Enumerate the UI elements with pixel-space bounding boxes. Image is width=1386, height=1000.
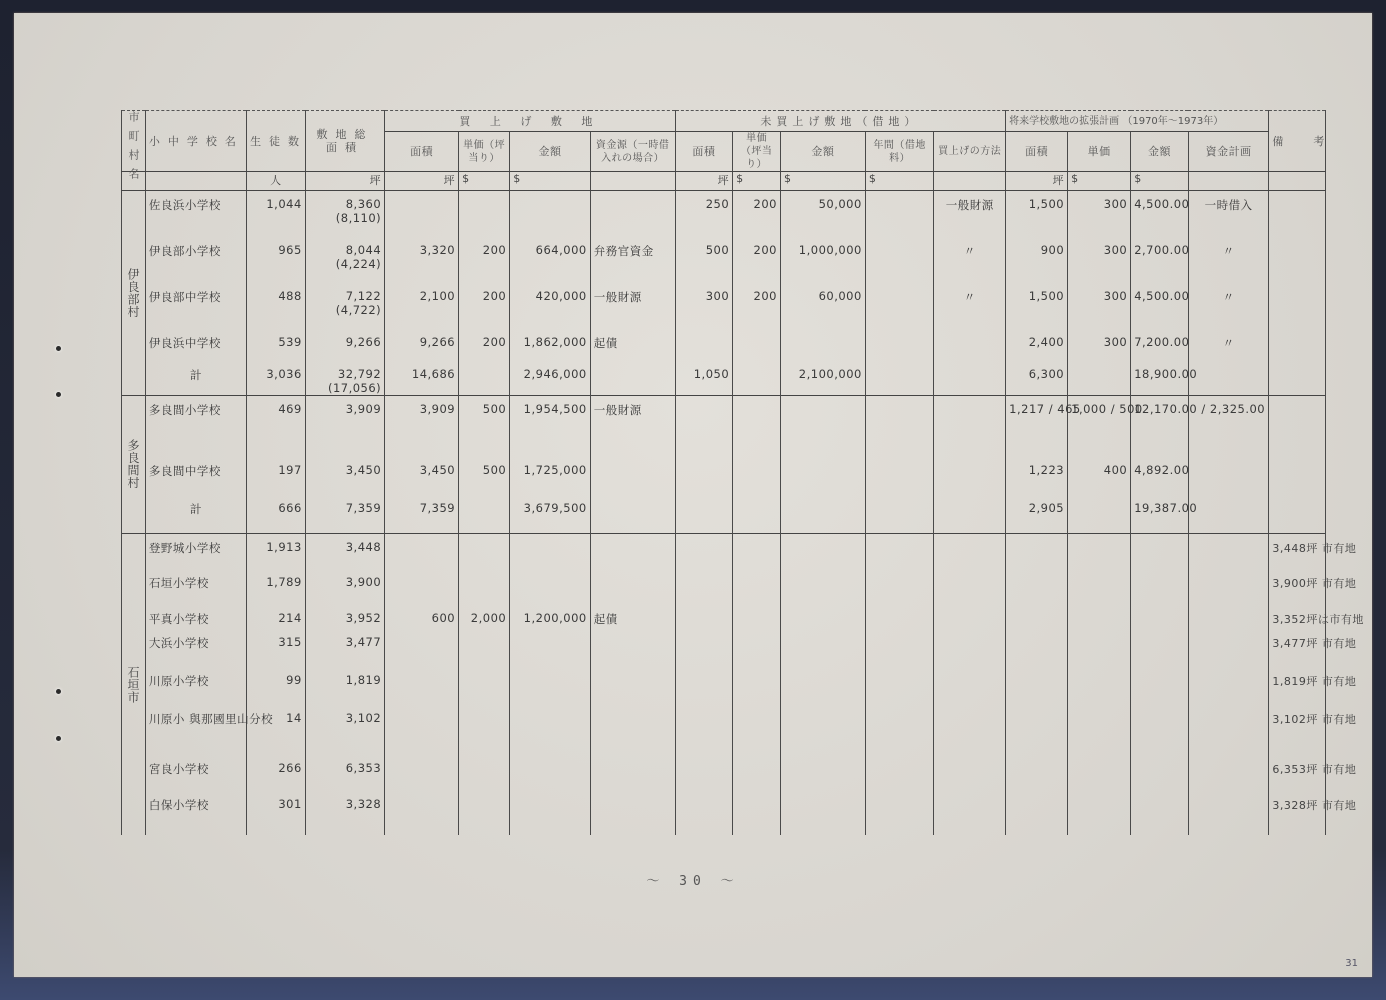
students: 99	[286, 673, 302, 687]
site-area: 6,353	[346, 761, 381, 775]
purchased-unit-price-cell: 500	[459, 457, 510, 495]
unpurchased-method-cell	[934, 629, 1006, 667]
site-area: 3,900	[346, 575, 381, 589]
purchased-amount-cell	[510, 629, 590, 667]
future-unit-price: 400	[1104, 463, 1127, 477]
remarks: 3,102坪 市有地	[1272, 713, 1356, 726]
corner-number: 31	[1345, 958, 1358, 969]
school-name: 川原小 與那國里山分校	[149, 712, 273, 726]
school-name-cell: 白保小学校	[145, 791, 246, 835]
students: 301	[278, 797, 301, 811]
purchased-unit-price-cell	[459, 191, 510, 237]
unpurchased-amount: 60,000	[819, 289, 862, 303]
purchased-area-cell	[385, 705, 459, 755]
school-name: 伊良部中学校	[149, 290, 221, 304]
unpurchased-method-cell	[934, 605, 1006, 629]
site-area: 3,328	[346, 797, 381, 811]
purchased-area: 9,266	[420, 335, 455, 349]
future-unit-price-cell	[1068, 533, 1131, 569]
future-area: 1,500	[1029, 197, 1064, 211]
purchased-area-cell: 3,320	[385, 237, 459, 283]
future-area-cell: 1,500	[1006, 191, 1068, 237]
unit-u-area: 坪	[675, 172, 733, 191]
purchased-fund-source-cell	[590, 495, 675, 533]
remarks-cell: 3,102坪 市有地	[1269, 705, 1326, 755]
future-unit-price-cell	[1068, 667, 1131, 705]
school-name: 白保小学校	[149, 798, 209, 812]
school-name-cell: 伊良浜中学校	[145, 329, 246, 361]
site-area: 8,360	[346, 197, 381, 211]
unpurchased-annual-cell	[865, 667, 934, 705]
future-fund-plan: 一時借入	[1205, 198, 1253, 212]
unpurchased-annual-cell	[865, 457, 934, 495]
future-unit-price-cell: 300	[1068, 329, 1131, 361]
school-site-table: 市町村名 小中学校名 生徒数 敷地総面積 買 上 げ 敷 地 未買上げ敷地（借地…	[121, 110, 1326, 835]
table-row: 白保小学校3013,3283,328坪 市有地	[122, 791, 1326, 835]
unpurchased-unit-price: 200	[754, 289, 777, 303]
school-name-cell: 佐良浜小学校	[145, 191, 246, 237]
unpurchased-unit-price-cell	[733, 361, 781, 396]
unpurchased-unit-price-cell	[733, 667, 781, 705]
purchased-unit-price-cell: 200	[459, 237, 510, 283]
future-fund-plan-cell	[1188, 533, 1269, 569]
table-row: 石垣市登野城小学校1,9133,4483,448坪 市有地	[122, 533, 1326, 569]
school-name: 多良間小学校	[149, 403, 221, 417]
site-area: 3,952	[346, 611, 381, 625]
students: 214	[278, 611, 301, 625]
unpurchased-annual-cell	[865, 791, 934, 835]
unpurchased-method-cell	[934, 533, 1006, 569]
site-area-cell: 3,477	[305, 629, 384, 667]
students-cell: 488	[247, 283, 306, 329]
school-name-cell: 大浜小学校	[145, 629, 246, 667]
future-fund-plan-cell: 〃	[1188, 329, 1269, 361]
purchased-area: 3,450	[420, 463, 455, 477]
header-purchased-unit-price: 単価（坪当り）	[459, 132, 510, 172]
header-future-area: 面積	[1006, 132, 1068, 172]
unpurchased-amount-cell: 60,000	[781, 283, 866, 329]
purchased-unit-price: 2,000	[471, 611, 506, 625]
site-area-cell: 3,102	[305, 705, 384, 755]
future-amount-cell: 19,387.00	[1131, 495, 1189, 533]
future-unit-price: 1,000 / 500	[1071, 402, 1143, 416]
future-area-cell: 900	[1006, 237, 1068, 283]
purchased-amount-cell	[510, 667, 590, 705]
site-area: 32,792	[338, 367, 381, 381]
future-amount: 4,892.00	[1134, 463, 1189, 477]
future-amount-cell	[1131, 533, 1189, 569]
site-area-cell: 9,266	[305, 329, 384, 361]
site-area-cell: 7,122(4,722)	[305, 283, 384, 329]
purchased-area-cell	[385, 667, 459, 705]
header-unpurchased-site: 未買上げ敷地（借地）	[675, 111, 1006, 132]
unpurchased-amount: 1,000,000	[799, 243, 862, 257]
purchased-unit-price-cell: 200	[459, 283, 510, 329]
school-name-cell: 川原小学校	[145, 667, 246, 705]
unpurchased-unit-price-cell	[733, 629, 781, 667]
future-amount: 2,700.00	[1134, 243, 1189, 257]
future-unit-price-cell	[1068, 569, 1131, 605]
unpurchased-method-cell	[934, 457, 1006, 495]
unpurchased-area-cell	[675, 791, 733, 835]
unpurchased-method: 〃	[964, 244, 976, 258]
future-amount-cell: 2,700.00	[1131, 237, 1189, 283]
purchased-fund-source: 起債	[594, 336, 618, 350]
students: 1,044	[266, 197, 301, 211]
students: 197	[278, 463, 301, 477]
purchased-unit-price-cell	[459, 667, 510, 705]
purchased-area-cell: 14,686	[385, 361, 459, 396]
future-area: 900	[1041, 243, 1064, 257]
unpurchased-unit-price-cell	[733, 495, 781, 533]
site-area: 3,477	[346, 635, 381, 649]
header-site-total-area: 敷地総面積	[305, 111, 384, 172]
students-cell: 315	[247, 629, 306, 667]
unpurchased-amount-cell: 50,000	[781, 191, 866, 237]
purchased-amount: 1,862,000	[524, 335, 587, 349]
purchased-unit-price-cell: 2,000	[459, 605, 510, 629]
school-name: 多良間中学校	[149, 464, 221, 478]
school-name-cell: 伊良部中学校	[145, 283, 246, 329]
unpurchased-annual-cell	[865, 605, 934, 629]
header-future-fund-plan: 資金計画	[1188, 132, 1269, 172]
students-cell: 197	[247, 457, 306, 495]
future-unit-price-cell	[1068, 605, 1131, 629]
future-area-cell: 1,223	[1006, 457, 1068, 495]
purchased-unit-price: 200	[483, 243, 506, 257]
purchased-area-cell: 3,909	[385, 395, 459, 457]
students-cell: 3,036	[247, 361, 306, 396]
future-amount: 19,387.00	[1134, 501, 1197, 515]
unpurchased-amount-cell	[781, 667, 866, 705]
school-name-cell: 計	[145, 495, 246, 533]
unit-p-area: 坪	[385, 172, 459, 191]
purchased-amount-cell	[510, 755, 590, 791]
unpurchased-annual-cell	[865, 705, 934, 755]
future-amount-cell: 18,900.00	[1131, 361, 1189, 396]
school-name-cell: 多良間小学校	[145, 395, 246, 457]
future-plan-period: （1970年～1973年）	[1122, 116, 1223, 127]
future-area: 1,223	[1029, 463, 1064, 477]
future-unit-price: 300	[1104, 289, 1127, 303]
remarks-cell	[1269, 457, 1326, 495]
unpurchased-area-cell	[675, 395, 733, 457]
future-unit-price: 300	[1104, 335, 1127, 349]
purchased-amount-cell: 1,200,000	[510, 605, 590, 629]
purchased-unit-price: 500	[483, 402, 506, 416]
future-area-cell	[1006, 605, 1068, 629]
unpurchased-annual-cell	[865, 395, 934, 457]
unpurchased-method-cell	[934, 705, 1006, 755]
header-unpurchased-unit-price: 単価（坪当り）	[733, 132, 781, 172]
remarks-cell	[1269, 191, 1326, 237]
purchased-unit-price: 200	[483, 289, 506, 303]
unpurchased-amount-cell: 2,100,000	[781, 361, 866, 396]
students: 266	[278, 761, 301, 775]
purchased-amount: 420,000	[536, 289, 587, 303]
students-cell: 214	[247, 605, 306, 629]
site-area: 3,450	[346, 463, 381, 477]
unpurchased-annual-cell	[865, 533, 934, 569]
future-unit-price-cell	[1068, 361, 1131, 396]
students: 3,036	[266, 367, 301, 381]
header-school-name: 小中学校名	[145, 111, 246, 172]
purchased-amount-cell	[510, 569, 590, 605]
future-fund-plan: 〃	[1223, 336, 1235, 350]
future-amount: 12,170.00 / 2,325.00	[1134, 402, 1265, 416]
unpurchased-area-cell	[675, 457, 733, 495]
site-area-cell: 3,909	[305, 395, 384, 457]
purchased-fund-source: 弁務官資金	[594, 244, 654, 258]
remarks-cell: 3,448坪 市有地	[1269, 533, 1326, 569]
header-purchased-site: 買 上 げ 敷 地	[385, 111, 675, 132]
future-area: 6,300	[1029, 367, 1064, 381]
unpurchased-area-cell: 250	[675, 191, 733, 237]
unpurchased-unit-price-cell	[733, 569, 781, 605]
purchased-amount-cell: 3,679,500	[510, 495, 590, 533]
unpurchased-amount-cell	[781, 755, 866, 791]
unpurchased-amount-cell	[781, 533, 866, 569]
future-unit-price-cell: 300	[1068, 237, 1131, 283]
students-cell: 301	[247, 791, 306, 835]
future-amount-cell: 4,500.00	[1131, 283, 1189, 329]
school-name: 宮良小学校	[149, 762, 209, 776]
future-area-cell	[1006, 533, 1068, 569]
unpurchased-amount-cell	[781, 495, 866, 533]
future-unit-price-cell: 300	[1068, 283, 1131, 329]
municipality-name: 石垣市	[122, 533, 146, 835]
unpurchased-amount-cell	[781, 457, 866, 495]
unpurchased-unit-price-cell	[733, 705, 781, 755]
purchased-fund-source-cell	[590, 791, 675, 835]
header-future-amount: 金額	[1131, 132, 1189, 172]
purchased-fund-source-cell	[590, 755, 675, 791]
site-area-cell: 7,359	[305, 495, 384, 533]
future-area: 1,500	[1029, 289, 1064, 303]
unpurchased-method-cell: 一般財源	[934, 191, 1006, 237]
future-area: 2,905	[1029, 501, 1064, 515]
punch-hole	[56, 689, 61, 694]
purchased-area-cell: 3,450	[385, 457, 459, 495]
site-area: 8,044	[346, 243, 381, 257]
site-leased-area: (4,722)	[309, 303, 381, 317]
purchased-area-cell	[385, 755, 459, 791]
header-future-unit-price: 単価	[1068, 132, 1131, 172]
header-purchased-area: 面積	[385, 132, 459, 172]
unpurchased-unit-price-cell: 200	[733, 283, 781, 329]
purchased-unit-price-cell	[459, 629, 510, 667]
remarks-cell: 3,328坪 市有地	[1269, 791, 1326, 835]
unpurchased-area-cell	[675, 755, 733, 791]
purchased-unit-price-cell	[459, 495, 510, 533]
site-area-cell: 8,044(4,224)	[305, 237, 384, 283]
header-purchased-fund-source: 資金源（一時借入れの場合）	[590, 132, 675, 172]
unpurchased-annual-cell	[865, 629, 934, 667]
unpurchased-area: 1,050	[694, 367, 729, 381]
unpurchased-area-cell	[675, 329, 733, 361]
table-row: 伊良部中学校4887,122(4,722)2,100200420,000一般財源…	[122, 283, 1326, 329]
unit-p-amount: $	[510, 172, 590, 191]
students: 965	[278, 243, 301, 257]
unpurchased-amount-cell	[781, 605, 866, 629]
site-area-cell: 32,792(17,056)	[305, 361, 384, 396]
unpurchased-amount: 50,000	[819, 197, 862, 211]
students-cell: 1,044	[247, 191, 306, 237]
unpurchased-amount: 2,100,000	[799, 367, 862, 381]
school-name: 川原小学校	[149, 674, 209, 688]
purchased-unit-price-cell	[459, 755, 510, 791]
header-unpurchased-area: 面積	[675, 132, 733, 172]
purchased-unit-price-cell	[459, 569, 510, 605]
site-area-cell: 1,819	[305, 667, 384, 705]
remarks-cell: 3,900坪 市有地	[1269, 569, 1326, 605]
future-amount-cell	[1131, 629, 1189, 667]
purchased-area-cell	[385, 791, 459, 835]
purchased-area-cell: 7,359	[385, 495, 459, 533]
purchased-fund-source-cell: 起債	[590, 329, 675, 361]
students: 539	[278, 335, 301, 349]
unpurchased-unit-price: 200	[754, 197, 777, 211]
unpurchased-annual-cell	[865, 237, 934, 283]
unpurchased-method-cell	[934, 569, 1006, 605]
unpurchased-amount-cell	[781, 629, 866, 667]
future-fund-plan-cell	[1188, 495, 1269, 533]
unpurchased-unit-price: 200	[754, 243, 777, 257]
purchased-area: 14,686	[412, 367, 455, 381]
table-row: 大浜小学校3153,4773,477坪 市有地	[122, 629, 1326, 667]
unpurchased-amount-cell	[781, 569, 866, 605]
unpurchased-unit-price-cell	[733, 533, 781, 569]
future-unit-price-cell	[1068, 495, 1131, 533]
table-row: 計3,03632,792(17,056)14,6862,946,0001,050…	[122, 361, 1326, 396]
table-row: 伊良浜中学校5399,2669,2662001,862,000起債2,40030…	[122, 329, 1326, 361]
future-area: 2,400	[1029, 335, 1064, 349]
future-unit-price-cell: 300	[1068, 191, 1131, 237]
purchased-unit-price-cell	[459, 705, 510, 755]
future-fund-plan-cell	[1188, 629, 1269, 667]
site-leased-area: (8,110)	[309, 211, 381, 225]
purchased-area-cell: 600	[385, 605, 459, 629]
unit-site: 坪	[305, 172, 384, 191]
future-fund-plan-cell	[1188, 705, 1269, 755]
purchased-amount: 1,725,000	[524, 463, 587, 477]
unpurchased-method-cell	[934, 791, 1006, 835]
students: 469	[278, 402, 301, 416]
school-name: 計	[190, 502, 202, 516]
future-amount-cell: 4,500.00	[1131, 191, 1189, 237]
unpurchased-annual-cell	[865, 755, 934, 791]
table-row: 宮良小学校2666,3536,353坪 市有地	[122, 755, 1326, 791]
site-area-cell: 3,900	[305, 569, 384, 605]
municipality-name: 伊良部村	[122, 191, 146, 396]
future-amount-cell: 12,170.00 / 2,325.00	[1131, 395, 1189, 457]
unpurchased-area: 250	[706, 197, 729, 211]
future-area-cell	[1006, 705, 1068, 755]
unpurchased-method-cell	[934, 755, 1006, 791]
unit-p-price: $	[459, 172, 510, 191]
table-row: 石垣小学校1,7893,9003,900坪 市有地	[122, 569, 1326, 605]
site-area: 3,909	[346, 402, 381, 416]
purchased-fund-source-cell: 一般財源	[590, 395, 675, 457]
purchased-amount: 1,954,500	[524, 402, 587, 416]
unpurchased-area: 300	[706, 289, 729, 303]
purchased-amount-cell	[510, 533, 590, 569]
school-name: 伊良浜中学校	[149, 336, 221, 350]
future-area-cell	[1006, 569, 1068, 605]
future-area-cell	[1006, 791, 1068, 835]
future-amount-cell	[1131, 605, 1189, 629]
purchased-amount: 2,946,000	[524, 367, 587, 381]
unpurchased-amount-cell	[781, 329, 866, 361]
unit-u-annual: $	[865, 172, 934, 191]
remarks: 3,477坪 市有地	[1272, 637, 1356, 650]
purchased-amount: 3,679,500	[524, 501, 587, 515]
school-name: 伊良部小学校	[149, 244, 221, 258]
future-fund-plan: 〃	[1223, 244, 1235, 258]
unit-f-amount: $	[1131, 172, 1189, 191]
unit-u-amount: $	[781, 172, 866, 191]
unpurchased-unit-price-cell	[733, 329, 781, 361]
punch-hole	[56, 392, 61, 397]
future-amount: 4,500.00	[1134, 197, 1189, 211]
unpurchased-amount-cell	[781, 791, 866, 835]
students-cell: 666	[247, 495, 306, 533]
purchased-area-cell	[385, 533, 459, 569]
purchased-fund-source: 起債	[594, 612, 618, 626]
future-area-cell	[1006, 755, 1068, 791]
purchased-amount-cell: 1,725,000	[510, 457, 590, 495]
table-row: 伊良部小学校9658,044(4,224)3,320200664,000弁務官資…	[122, 237, 1326, 283]
unpurchased-area-cell	[675, 629, 733, 667]
municipality-name: 多良間村	[122, 395, 146, 533]
remarks-cell: 3,477坪 市有地	[1269, 629, 1326, 667]
units-row: 人 坪 坪 $ $ 坪 $ $ $ 坪 $ $	[122, 172, 1326, 191]
future-area-cell	[1006, 629, 1068, 667]
future-unit-price-cell: 400	[1068, 457, 1131, 495]
purchased-unit-price-cell	[459, 533, 510, 569]
remarks-cell	[1269, 237, 1326, 283]
site-area-cell: 3,328	[305, 791, 384, 835]
purchased-area: 2,100	[420, 289, 455, 303]
future-area-cell: 2,905	[1006, 495, 1068, 533]
header-unpurchased-amount: 金額	[781, 132, 866, 172]
remarks: 3,328坪 市有地	[1272, 799, 1356, 812]
unpurchased-unit-price-cell	[733, 791, 781, 835]
unpurchased-method-cell	[934, 495, 1006, 533]
students: 488	[278, 289, 301, 303]
future-fund-plan-cell: 一時借入	[1188, 191, 1269, 237]
purchased-unit-price-cell	[459, 361, 510, 396]
future-area-cell: 1,217 / 465	[1006, 395, 1068, 457]
purchased-fund-source-cell	[590, 569, 675, 605]
school-name-cell: 宮良小学校	[145, 755, 246, 791]
future-fund-plan-cell	[1188, 569, 1269, 605]
site-leased-area: (17,056)	[309, 381, 381, 395]
unpurchased-annual-cell	[865, 361, 934, 396]
purchased-area: 600	[432, 611, 455, 625]
future-amount: 18,900.00	[1134, 367, 1197, 381]
remarks: 1,819坪 市有地	[1272, 675, 1356, 688]
unit-f-price: $	[1068, 172, 1131, 191]
unpurchased-amount-cell	[781, 705, 866, 755]
future-fund-plan-cell: 〃	[1188, 237, 1269, 283]
purchased-unit-price-cell: 500	[459, 395, 510, 457]
remarks-cell	[1269, 329, 1326, 361]
unpurchased-amount-cell: 1,000,000	[781, 237, 866, 283]
purchased-fund-source-cell	[590, 361, 675, 396]
unpurchased-method-cell: 〃	[934, 283, 1006, 329]
purchased-amount-cell: 420,000	[510, 283, 590, 329]
